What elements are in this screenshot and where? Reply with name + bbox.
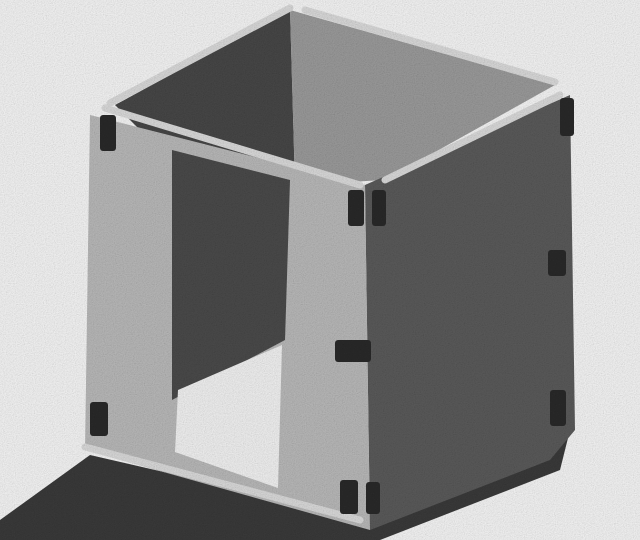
enclosure-photo [0,0,640,540]
bracket-bottom-right-a [366,482,380,514]
photo-scene: Grainy grayscale photograph of an open-t… [0,0,640,540]
bracket-top-front [348,190,364,226]
bracket-mid-right [548,250,566,276]
bracket-top-right-a [372,190,386,226]
bracket-bottom-left [90,402,108,436]
bracket-top-left [100,115,116,151]
bracket-mid-front [335,340,371,362]
bracket-bottom-right-b [550,390,566,426]
bracket-bottom-front [340,480,358,514]
bracket-top-right-b [560,98,574,136]
